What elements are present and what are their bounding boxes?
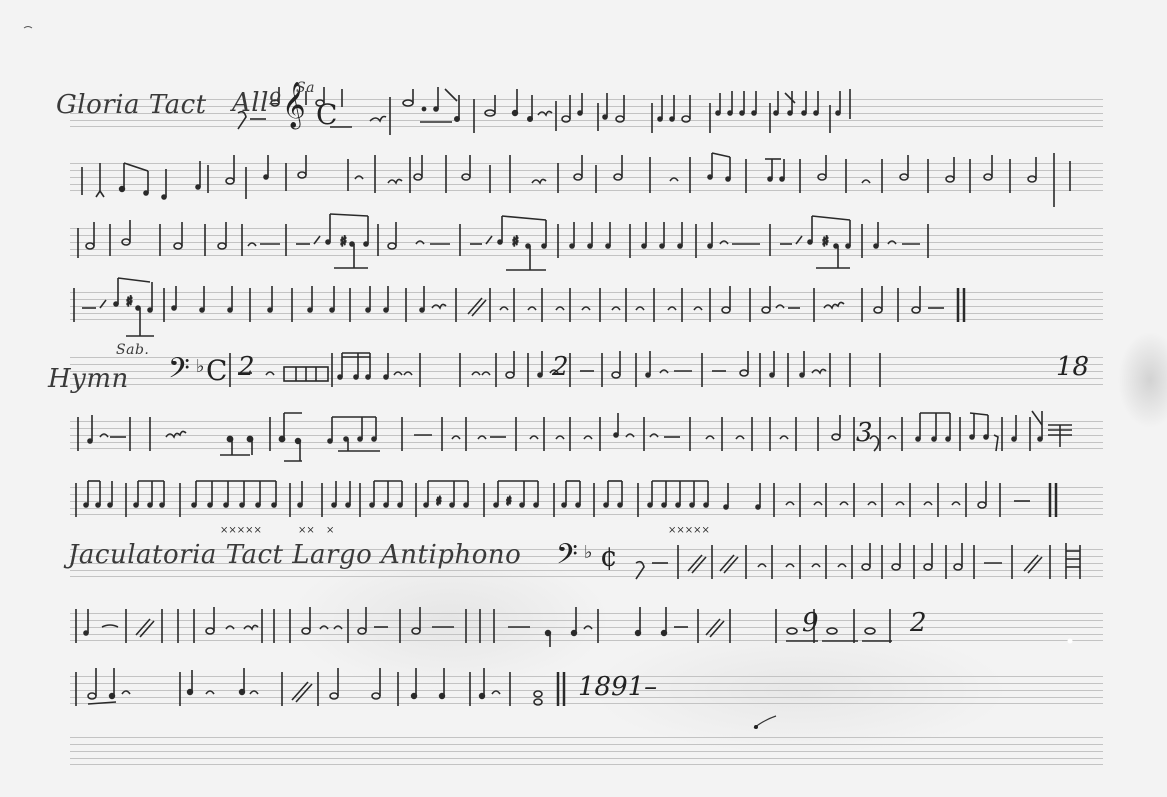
svg-text:♯: ♯: [436, 494, 442, 508]
staff-2-notes: [70, 149, 1103, 205]
staff-4: ♯: [70, 292, 1103, 320]
svg-text:♯: ♯: [126, 294, 133, 310]
staff-6-notes: [70, 407, 1103, 463]
staff-4-notes: ♯: [70, 278, 1103, 334]
staff-7: ××××× ×× × ♯ ♯: [70, 487, 1103, 515]
staff-7-notes: ××××× ×× × ♯ ♯: [70, 473, 1103, 529]
hymn-rest-count-1: 2: [238, 352, 255, 382]
date-inscription: 1891–: [578, 672, 657, 702]
ink-speck-mark: [22, 24, 36, 32]
hymn-title: Hymn: [48, 364, 129, 394]
jaculatoria-time-signature: ¢: [600, 540, 618, 573]
staff-3: ♯ ♯: [70, 228, 1103, 256]
svg-text:♯: ♯: [506, 494, 512, 508]
gloria-voice: Sa: [296, 80, 315, 96]
staff-6: [70, 421, 1103, 449]
jaculatoria-rest-count-2: 2: [910, 608, 927, 638]
svg-text:♯: ♯: [340, 234, 347, 250]
ink-stroke-mark: [750, 712, 780, 732]
staff-9-notes: [70, 599, 1103, 655]
hymn-time-signature: C: [206, 354, 227, 387]
hymn-rest-count-4: 3: [856, 418, 873, 448]
staff-1: [70, 99, 1103, 127]
hymn-rest-count-3: 18: [1056, 352, 1089, 382]
staff-2: [70, 163, 1103, 191]
staff-11-empty: [70, 737, 1103, 765]
flat-icon: ♭: [584, 542, 593, 563]
gloria-time-signature: C: [316, 98, 337, 131]
gloria-title: Gloria Tact: [56, 90, 207, 120]
staff-9: [70, 613, 1103, 641]
hymn-rest-count-2: 2: [552, 352, 569, 382]
staff-3-notes: ♯ ♯: [70, 214, 1103, 270]
hymn-voice: Sab.: [116, 342, 149, 358]
jaculatoria-title: Jaculatoria Tact Largo Antiphono: [68, 540, 521, 570]
bass-clef-icon: 𝄢: [168, 352, 190, 392]
gloria-tempo: Allº: [232, 88, 282, 118]
jaculatoria-rest-count-1: 9: [802, 608, 819, 638]
bass-clef-icon: 𝄢: [556, 538, 578, 578]
svg-text:♯: ♯: [512, 234, 519, 250]
manuscript-page: ♯ ♯: [0, 0, 1167, 797]
flat-icon: ♭: [196, 356, 205, 377]
svg-text:♯: ♯: [822, 234, 829, 250]
staff-1-notes: [70, 85, 1103, 141]
